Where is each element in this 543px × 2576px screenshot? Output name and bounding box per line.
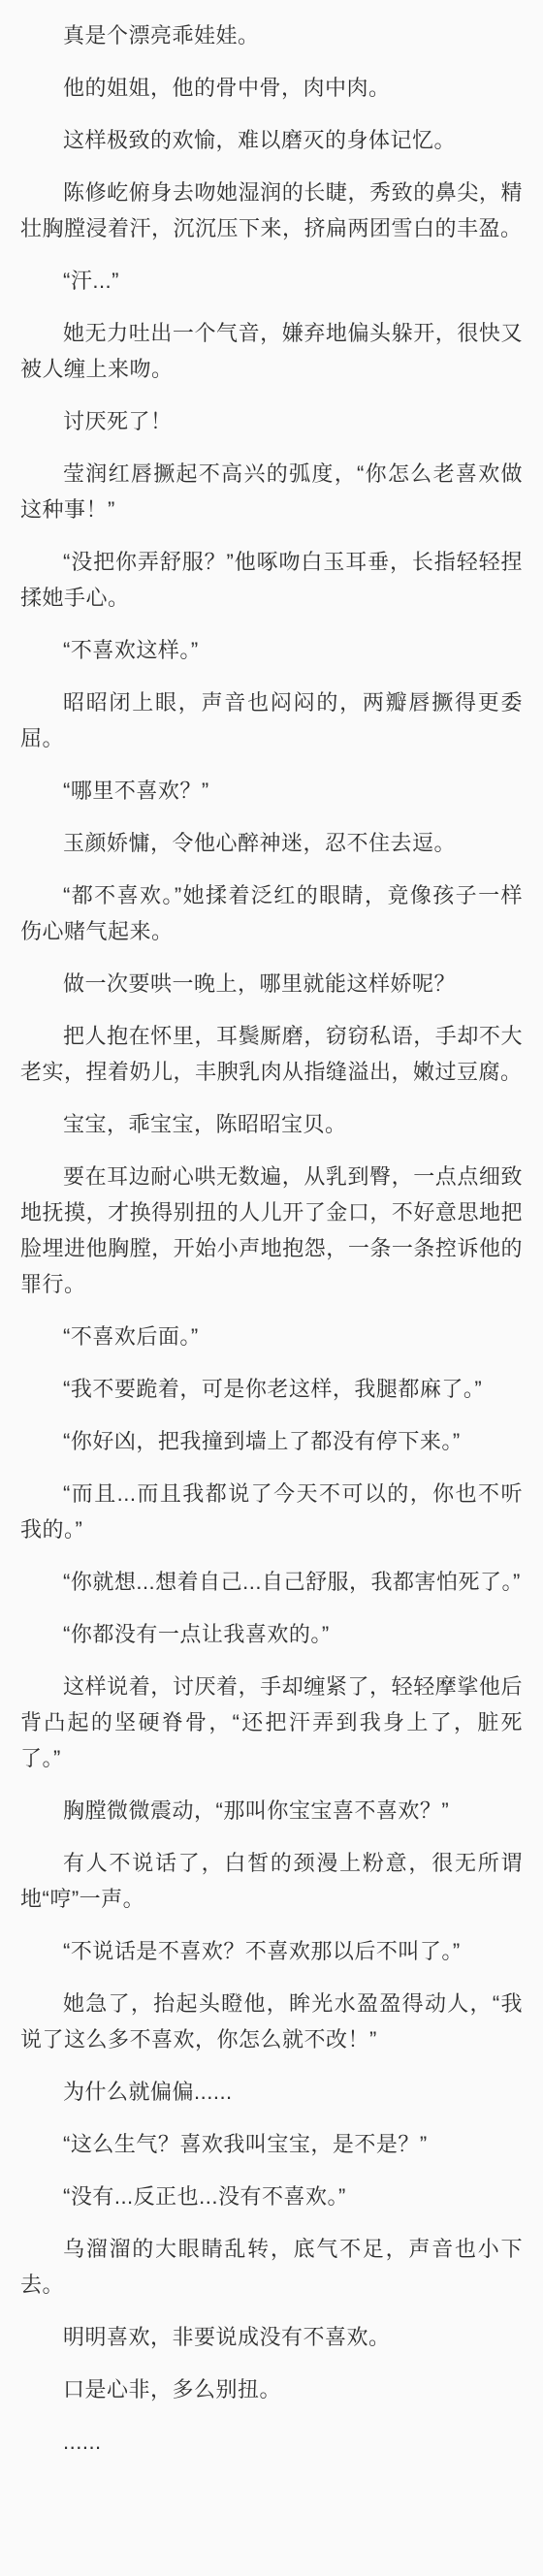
paragraph: 要在耳边耐心哄无数遍，从乳到臀，一点点细致地抚摸，才换得别扭的人儿开了金口，不好… bbox=[20, 1159, 523, 1302]
paragraph: “你就想...想着自己...自己舒服，我都害怕死了。” bbox=[20, 1564, 523, 1600]
paragraph: “而且...而且我都说了今天不可以的，你也不听我的。” bbox=[20, 1476, 523, 1547]
paragraph: “没把你弄舒服？”他啄吻白玉耳垂，长指轻轻捏揉她手心。 bbox=[20, 544, 523, 616]
paragraph: “你都没有一点让我喜欢的。” bbox=[20, 1616, 523, 1652]
paragraph: 做一次要哄一晚上，哪里就能这样娇呢？ bbox=[20, 966, 523, 1002]
paragraph: 讨厌死了！ bbox=[20, 403, 523, 439]
paragraph: 把人抱在怀里，耳鬓厮磨，窃窃私语，手却不大老实，捏着奶儿，丰腴乳肉从指缝溢出，嫩… bbox=[20, 1018, 523, 1090]
paragraph: “哪里不喜欢？” bbox=[20, 773, 523, 809]
paragraph: 陈修屹俯身去吻她湿润的长睫，秀致的鼻尖，精壮胸膛浸着汗，沉沉压下来，挤扁两团雪白… bbox=[20, 175, 523, 246]
paragraph: 宝宝，乖宝宝，陈昭昭宝贝。 bbox=[20, 1106, 523, 1142]
paragraph: 口是心非，多么别扭。 bbox=[20, 2371, 523, 2407]
paragraph: 昭昭闭上眼，声音也闷闷的，两瓣唇撅得更委屈。 bbox=[20, 684, 523, 756]
paragraph: 有人不说话了，白皙的颈漫上粉意，很无所谓地“哼”一声。 bbox=[20, 1845, 523, 1917]
paragraph: 真是个漂亮乖娃娃。 bbox=[20, 17, 523, 53]
paragraph: 莹润红唇撅起不高兴的弧度，“你怎么老喜欢做这种事！” bbox=[20, 456, 523, 527]
reader-page: 真是个漂亮乖娃娃。他的姐姐，他的骨中骨，肉中肉。这样极致的欢愉，难以磨灭的身体记… bbox=[0, 0, 543, 2576]
paragraph: 乌溜溜的大眼睛乱转，底气不足，声音也小下去。 bbox=[20, 2231, 523, 2303]
paragraph: ...... bbox=[20, 2424, 523, 2460]
paragraph: “不喜欢后面。” bbox=[20, 1319, 523, 1354]
paragraph: 玉颜娇慵，令他心醉神迷，忍不住去逗。 bbox=[20, 825, 523, 861]
paragraph: 为什么就偏偏...... bbox=[20, 2074, 523, 2110]
paragraph: “都不喜欢。”她揉着泛红的眼睛，竟像孩子一样伤心赌气起来。 bbox=[20, 877, 523, 949]
paragraph: “不说话是不喜欢？不喜欢那以后不叫了。” bbox=[20, 1933, 523, 1969]
paragraph: “我不要跪着，可是你老这样，我腿都麻了。” bbox=[20, 1371, 523, 1407]
paragraph: 这样极致的欢愉，难以磨灭的身体记忆。 bbox=[20, 122, 523, 158]
paragraph: “汗...” bbox=[20, 263, 523, 299]
paragraph: 明明喜欢，非要说成没有不喜欢。 bbox=[20, 2319, 523, 2355]
paragraph: 胸膛微微震动，“那叫你宝宝喜不喜欢？” bbox=[20, 1793, 523, 1829]
paragraph: 她急了，抬起头瞪他，眸光水盈盈得动人，“我说了这么多不喜欢，你怎么就不改！” bbox=[20, 1986, 523, 2057]
paragraph: 她无力吐出一个气音，嫌弃地偏头躲开，很快又被人缠上来吻。 bbox=[20, 315, 523, 387]
novel-text: 真是个漂亮乖娃娃。他的姐姐，他的骨中骨，肉中肉。这样极致的欢愉，难以磨灭的身体记… bbox=[20, 17, 523, 2460]
paragraph: 他的姐姐，他的骨中骨，肉中肉。 bbox=[20, 70, 523, 106]
paragraph: “这么生气？喜欢我叫宝宝，是不是？” bbox=[20, 2126, 523, 2162]
paragraph: 这样说着，讨厌着，手却缠紧了，轻轻摩挲他后背凸起的坚硬脊骨，“还把汗弄到我身上了… bbox=[20, 1669, 523, 1776]
paragraph: “没有...反正也...没有不喜欢。” bbox=[20, 2178, 523, 2214]
paragraph: “不喜欢这样。” bbox=[20, 632, 523, 668]
paragraph: “你好凶，把我撞到墙上了都没有停下来。” bbox=[20, 1423, 523, 1459]
